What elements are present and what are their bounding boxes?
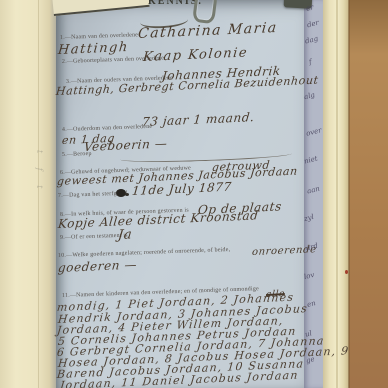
ink-blot-small (125, 193, 129, 196)
page-crease (38, 0, 39, 388)
field-9-value: Ja (117, 227, 133, 243)
photo-of-death-notice: t f t KENNIS. Catharina Maria 1.—Naam va… (0, 0, 388, 388)
left-margin-writing: t f t (0, 150, 44, 162)
field-5-label: 5.—Beroep (62, 151, 92, 158)
red-speck (345, 270, 348, 274)
left-page-edge (0, 0, 56, 388)
page-fold-line (336, 0, 338, 388)
page-stack-edge (348, 0, 350, 388)
field-1-value-line2: Hattingh (57, 40, 129, 58)
